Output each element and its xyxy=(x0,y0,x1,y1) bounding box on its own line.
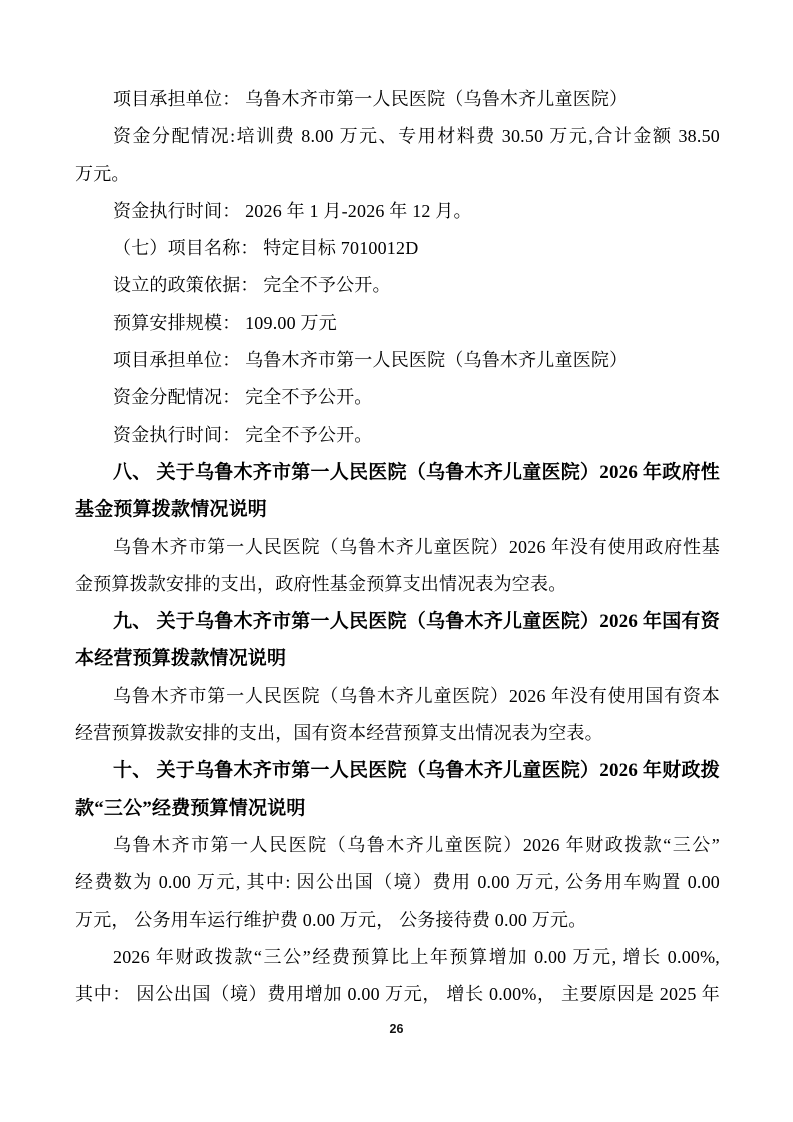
text-line: 2026 年财政拨款“三公”经费预算比上年预算增加 0.00 万元, 增长 0.… xyxy=(75,939,720,976)
text-line: 乌鲁木齐市第一人民医院（乌鲁木齐儿童医院）2026 年财政拨款“三公” xyxy=(75,827,720,864)
heading-line: 基金预算拨款情况说明 xyxy=(75,491,720,528)
text-line: 资金分配情况： 完全不予公开。 xyxy=(75,379,720,416)
text-line: 金预算拨款安排的支出，政府性基金预算支出情况表为空表。 xyxy=(75,566,720,603)
text-line: 万元， 公务用车运行维护费 0.00 万元， 公务接待费 0.00 万元。 xyxy=(75,902,720,939)
text-line: 经营预算拨款安排的支出，国有资本经营预算支出情况表为空表。 xyxy=(75,715,720,752)
heading-line: 八、 关于乌鲁木齐市第一人民医院（乌鲁木齐儿童医院）2026 年政府性 xyxy=(75,454,720,491)
text-line: 资金执行时间： 完全不予公开。 xyxy=(75,417,720,454)
heading-line: 九、 关于乌鲁木齐市第一人民医院（乌鲁木齐儿童医院）2026 年国有资 xyxy=(75,603,720,640)
heading-line: 款“三公”经费预算情况说明 xyxy=(75,790,720,827)
heading-line: 十、 关于乌鲁木齐市第一人民医院（乌鲁木齐儿童医院）2026 年财政拨 xyxy=(75,752,720,789)
text-line: 乌鲁木齐市第一人民医院（乌鲁木齐儿童医院）2026 年没有使用国有资本 xyxy=(75,678,720,715)
heading-line: 本经营预算拨款情况说明 xyxy=(75,640,720,677)
text-line: 其中： 因公出国（境）费用增加 0.00 万元， 增长 0.00%， 主要原因是… xyxy=(75,976,720,1013)
text-line: 资金执行时间： 2026 年 1 月-2026 年 12 月。 xyxy=(75,193,720,230)
page-number: 26 xyxy=(0,1022,793,1036)
text-line: 项目承担单位： 乌鲁木齐市第一人民医院（乌鲁木齐儿童医院） xyxy=(75,342,720,379)
text-line: 经费数为 0.00 万元, 其中: 因公出国（境）费用 0.00 万元, 公务用… xyxy=(75,864,720,901)
text-line: 乌鲁木齐市第一人民医院（乌鲁木齐儿童医院）2026 年没有使用政府性基 xyxy=(75,529,720,566)
document-page: 项目承担单位： 乌鲁木齐市第一人民医院（乌鲁木齐儿童医院）资金分配情况:培训费 … xyxy=(0,0,793,1122)
text-line: 设立的政策依据： 完全不予公开。 xyxy=(75,267,720,304)
text-line: 项目承担单位： 乌鲁木齐市第一人民医院（乌鲁木齐儿童医院） xyxy=(75,81,720,118)
text-line: （七）项目名称： 特定目标 7010012D xyxy=(75,230,720,267)
text-line: 预算安排规模： 109.00 万元 xyxy=(75,305,720,342)
text-line: 资金分配情况:培训费 8.00 万元、专用材料费 30.50 万元,合计金额 3… xyxy=(75,118,720,155)
document-body: 项目承担单位： 乌鲁木齐市第一人民医院（乌鲁木齐儿童医院）资金分配情况:培训费 … xyxy=(75,81,720,1013)
text-line: 万元。 xyxy=(75,156,720,193)
